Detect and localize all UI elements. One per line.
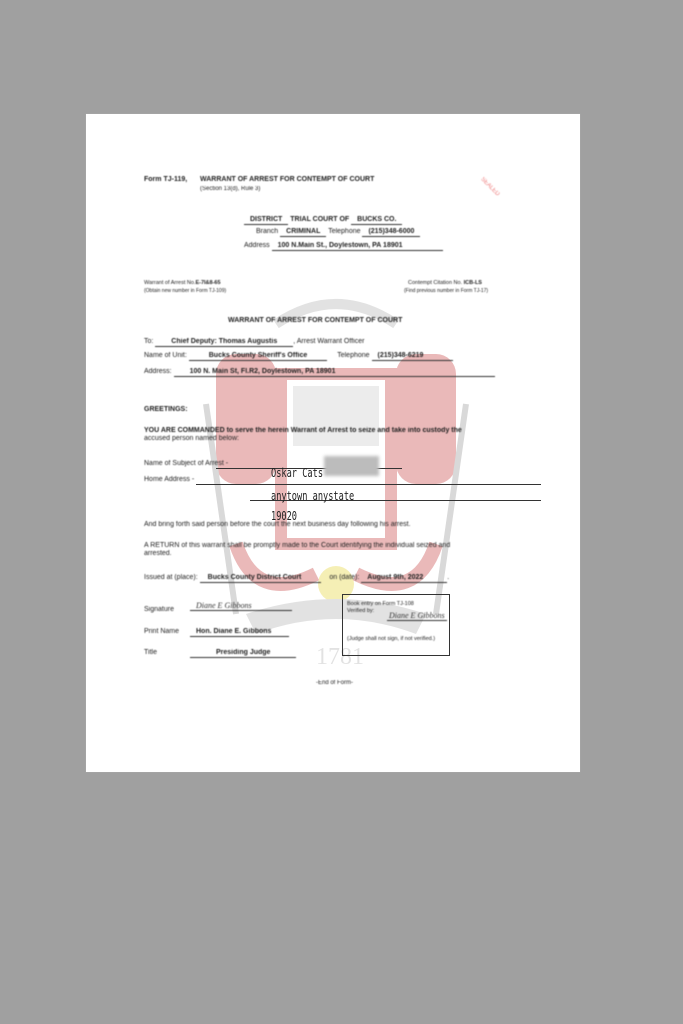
issued-line: Issued at (place): Bucks County District…: [144, 574, 449, 583]
form-id: Form TJ-119,: [144, 176, 187, 184]
subject-address-overlay-1: anytown anystate: [271, 489, 354, 503]
warrant-no-hint: (Obtain new number in Form TJ-109): [144, 287, 226, 295]
citation-hint: (Find previous number in Form TJ-17): [404, 287, 488, 295]
main-title: WARRANT OF ARREST FOR CONTEMPT OF COURT: [228, 317, 402, 325]
branch-line: Branch CRIMINAL Telephone (215)348-6000: [256, 228, 420, 237]
redaction-block: [324, 456, 379, 476]
subject-name-overlay: Oskar Cats: [271, 466, 323, 480]
form-section: (Section 13(d), Rule 3): [200, 185, 260, 193]
command-text-2: accused person named below:: [144, 435, 239, 443]
home-address-line-1: [196, 484, 541, 485]
command-text-1: YOU ARE COMMANDED to serve the herein Wa…: [144, 427, 462, 435]
title-label: Title: [144, 649, 157, 657]
greetings: GREETINGS:: [144, 406, 188, 414]
signature-label: Signature: [144, 606, 174, 614]
court-line: DISTRICT TRIAL COURT OF BUCKS CO.: [244, 216, 402, 225]
bring-forth-text: And bring forth said person before the c…: [144, 521, 411, 529]
return-text-1: A RETURN of this warrant shall be prompt…: [144, 542, 450, 550]
red-stamp: SEALED: [479, 177, 500, 198]
verification-box: Book entry on Form TJ-108 Verified by: D…: [342, 594, 450, 656]
court-address-line: Address 100 N.Main St., Doylestown, PA 1…: [244, 242, 443, 251]
signature-value: Diane E Gibbons: [190, 602, 292, 611]
return-text-2: arrested.: [144, 550, 172, 558]
warrant-no: Warrant of Arrest No.E-7I&8-65: [144, 279, 221, 287]
to-line: To: Chief Deputy: Thomas Augustis, Arres…: [144, 338, 364, 347]
home-address-label: Home Address -: [144, 476, 194, 484]
subject-label: Name of Subject of Arrest -: [144, 460, 228, 468]
unit-line: Name of Unit: Bucks County Sheriff's Off…: [144, 352, 453, 361]
title-value: Presiding Judge: [190, 649, 296, 658]
end-of-form: -End of Form-: [316, 679, 353, 687]
unit-address-line: Address: 100 N. Main St, Fl.R2, Doylesto…: [144, 368, 495, 377]
citation-no: Contempt Citation No. ICB-LS: [408, 279, 482, 287]
print-name-value: Hon. Diane E. Gibbons: [190, 628, 289, 637]
print-name-label: Print Name: [144, 628, 179, 636]
warrant-document: 1781 SEALED Form TJ-119, WARRANT OF ARRE…: [86, 114, 580, 772]
form-title: WARRANT OF ARREST FOR CONTEMPT OF COURT: [200, 176, 374, 184]
